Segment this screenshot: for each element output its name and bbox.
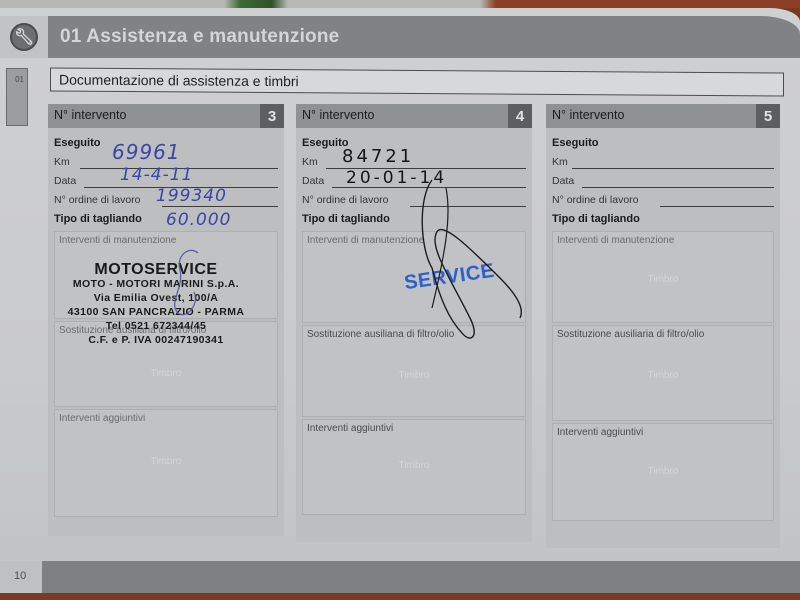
aggiuntivi-box[interactable]: Interventi aggiuntivi Timbro: [302, 419, 526, 515]
timbro-label: Timbro: [303, 370, 525, 381]
handwritten-km-3: 69961: [112, 140, 181, 164]
service-card-5: N° intervento 5 Eseguito Km Data N° ordi…: [546, 104, 780, 548]
timbro-label: Timbro: [553, 466, 773, 477]
aggiuntivi-label: Interventi aggiuntivi: [59, 413, 145, 424]
manutenzione-label: Interventi di manutenzione: [557, 235, 674, 246]
aggiuntivi-label: Interventi aggiuntivi: [307, 423, 393, 434]
timbro-label: Timbro: [553, 370, 773, 381]
card-header: N° intervento 5: [546, 104, 780, 128]
side-tab-label: 01: [15, 75, 24, 84]
header-icon-box: 🔧︎: [0, 16, 48, 58]
manual-page: 🔧︎ 01 Assistenza e manutenzione 01 Docum…: [0, 8, 800, 592]
ordine-field[interactable]: N° ordine di lavoro: [552, 191, 774, 210]
handwritten-tipo-3: 60.000: [166, 210, 231, 230]
chapter-title: 01 Assistenza e manutenzione: [60, 26, 339, 48]
sostituzione-label: Sostituzione ausiliana di filtro/olio: [307, 329, 454, 340]
handwritten-data-4: 20-01-14: [346, 168, 447, 188]
card-number: 5: [756, 104, 780, 128]
manutenzione-box[interactable]: Interventi di manutenzione Timbro: [552, 231, 774, 323]
manutenzione-label: Interventi di manutenzione: [59, 235, 176, 246]
km-field[interactable]: Km: [552, 153, 774, 172]
manutenzione-label: Interventi di manutenzione: [307, 235, 424, 246]
chapter-side-tab: 01: [6, 68, 28, 126]
footer-bar: [42, 561, 800, 593]
aggiuntivi-box[interactable]: Interventi aggiuntivi Timbro: [54, 409, 278, 517]
page-number: 10: [14, 570, 26, 582]
section-title: Documentazione di assistenza e timbri: [59, 72, 299, 90]
data-field[interactable]: Data: [552, 172, 774, 191]
handwritten-data-3: 14-4-11: [120, 165, 193, 185]
timbro-label: Timbro: [553, 274, 773, 285]
timbro-label: Timbro: [55, 456, 277, 467]
card-number: 4: [508, 104, 532, 128]
handwritten-ordine-3: 199340: [156, 186, 227, 206]
page-top-edge: [0, 0, 800, 8]
tipo-tagliando-field[interactable]: Tipo di tagliando: [552, 210, 774, 229]
eseguito-label: Eseguito: [552, 134, 774, 153]
ordine-field[interactable]: N° ordine di lavoro: [302, 191, 526, 210]
card-header-label: N° intervento: [552, 108, 624, 122]
section-title-box: Documentazione di assistenza e timbri: [50, 67, 784, 96]
card-number: 3: [260, 104, 284, 128]
tipo-tagliando-field[interactable]: Tipo di tagliando: [302, 210, 526, 229]
card-header: N° intervento 4: [296, 104, 532, 128]
dealer-stamp: MOTOSERVICE MOTO - MOTORI MARINI S.p.A. …: [38, 263, 274, 347]
timbro-label: Timbro: [55, 368, 277, 379]
sostituzione-box[interactable]: Sostituzione ausiliana di filtro/olio Ti…: [302, 325, 526, 417]
wrench-icon: 🔧︎: [10, 23, 38, 51]
aggiuntivi-box[interactable]: Interventi aggiuntivi Timbro: [552, 423, 774, 521]
sostituzione-box[interactable]: Sostituzione ausiliaria di filtro/olio T…: [552, 325, 774, 421]
sostituzione-label: Sostituzione ausiliaria di filtro/olio: [557, 329, 704, 340]
handwritten-km-4: 84721: [342, 146, 414, 167]
card-header: N° intervento 3: [48, 104, 284, 128]
card-header-label: N° intervento: [302, 108, 374, 122]
timbro-label: Timbro: [303, 460, 525, 471]
card-header-label: N° intervento: [54, 108, 126, 122]
aggiuntivi-label: Interventi aggiuntivi: [557, 427, 643, 438]
